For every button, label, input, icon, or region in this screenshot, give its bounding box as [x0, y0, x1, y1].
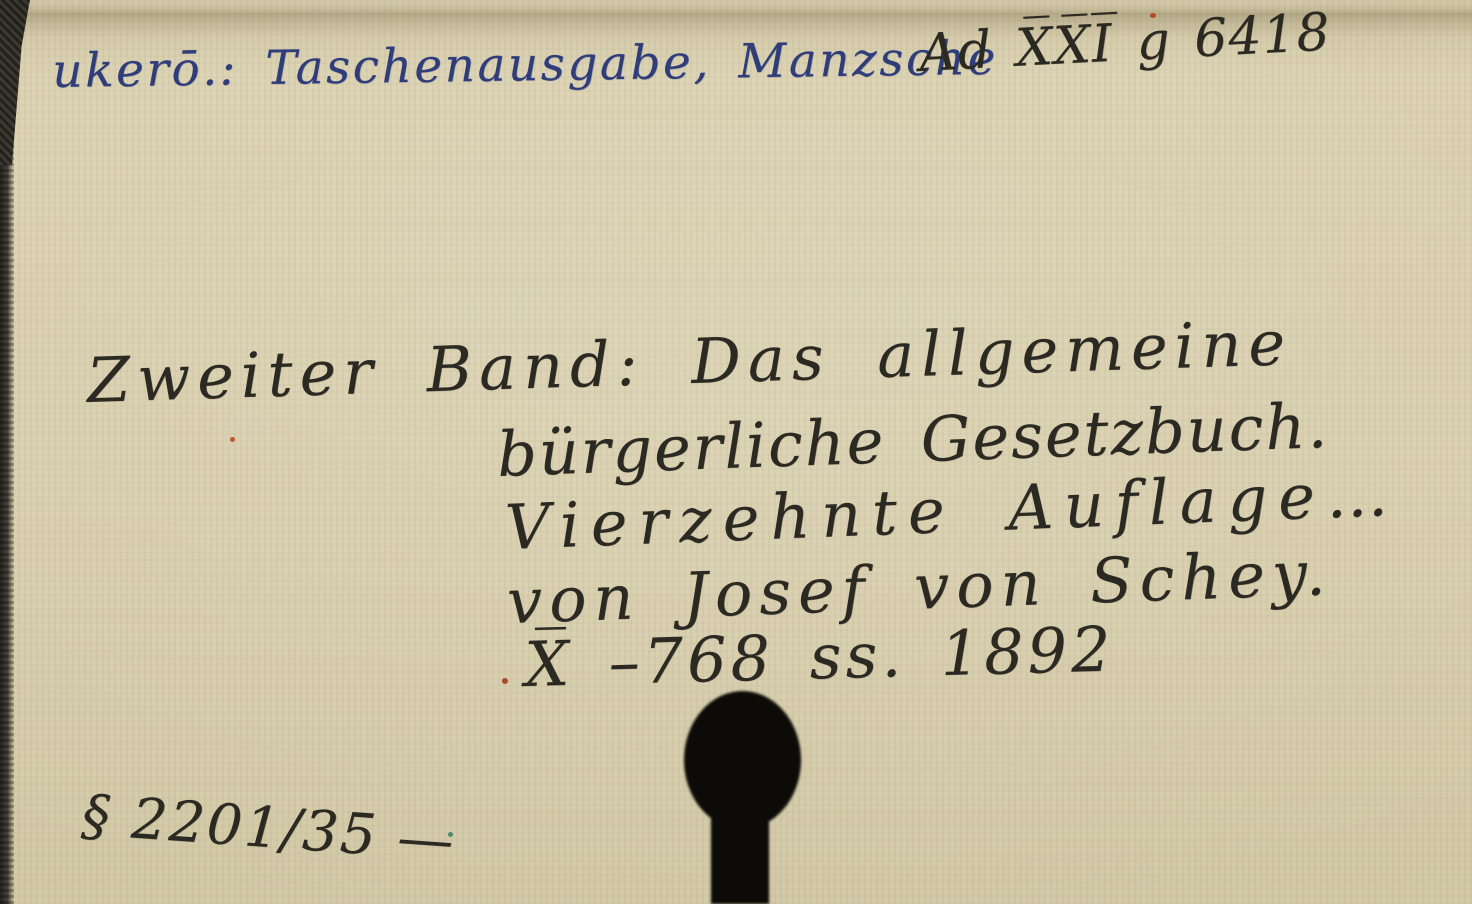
punch-hole	[0, 0, 1472, 904]
index-card: ukerō.: Taschenausgabe, Manzsche Ad X̅X̅…	[0, 0, 1472, 904]
punch-hole-slot	[711, 808, 769, 904]
catalog-card-scan: ukerō.: Taschenausgabe, Manzsche Ad X̅X̅…	[0, 0, 1472, 904]
